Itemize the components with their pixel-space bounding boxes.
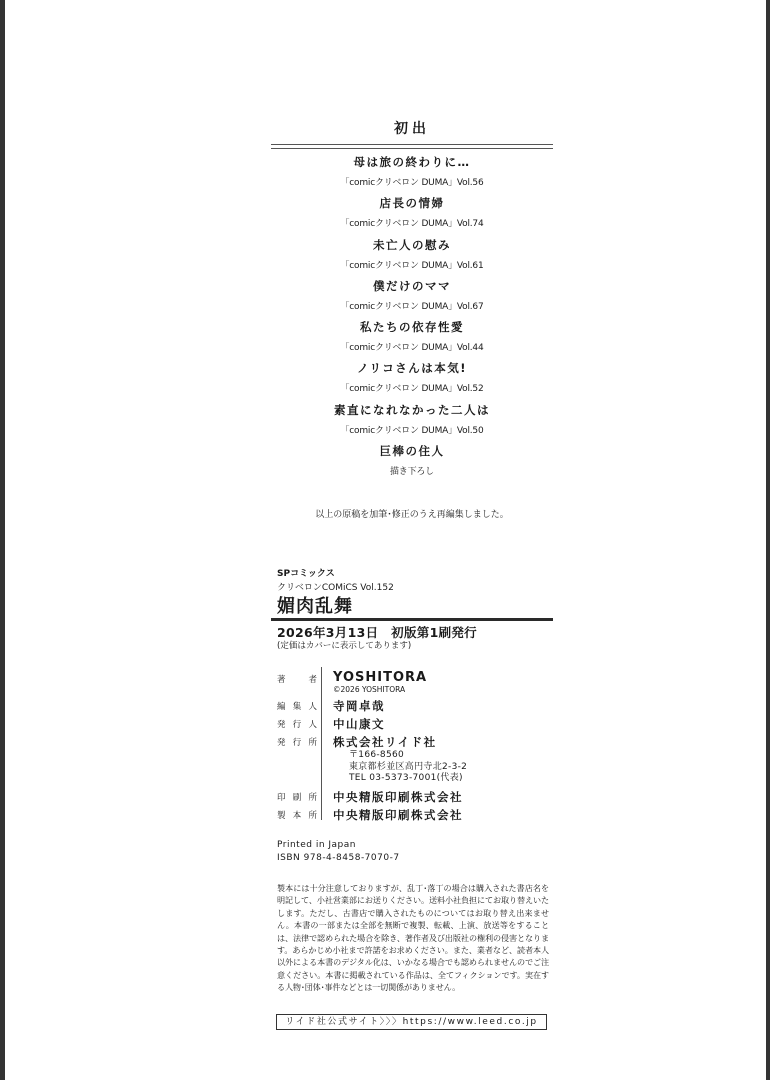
editor-name: 寺岡卓哉: [333, 698, 385, 714]
isbn: ISBN 978-4-8458-7070-7: [277, 852, 400, 865]
work-item: 素直になれなかった二人は 「comicクリベロン DUMA」Vol.50: [271, 402, 553, 443]
publisher-name: 株式会社リイド社: [333, 734, 437, 750]
work-source: 「comicクリベロン DUMA」Vol.50: [271, 425, 553, 437]
double-rule-divider: [271, 144, 553, 149]
work-source: 「comicクリベロン DUMA」Vol.56: [271, 177, 553, 189]
first-publication-heading: 初出: [271, 118, 553, 138]
credit-label: 著 者: [277, 673, 317, 685]
work-source: 描き下ろし: [271, 466, 553, 478]
publisher-address: 〒166-8560 東京都杉並区高円寺北2-3-2 TEL 03-5373-70…: [349, 750, 467, 785]
credit-label: 印 刷 所: [277, 791, 317, 803]
revision-note: 以上の原稿を加筆･修正のうえ再編集しました。: [241, 507, 583, 520]
work-item: 母は旅の終わりに… 「comicクリベロン DUMA」Vol.56: [271, 154, 553, 195]
binder-name: 中央精版印刷株式会社: [333, 807, 463, 823]
printer-name: 中央精版印刷株式会社: [333, 789, 463, 805]
work-title: 母は旅の終わりに…: [271, 154, 553, 170]
work-title: ノリコさんは本気!: [271, 360, 553, 376]
left-edge-border: [0, 0, 5, 1080]
work-title: 私たちの依存性愛: [271, 319, 553, 335]
right-edge-border: [766, 0, 770, 1080]
postal-code: 〒166-8560: [349, 750, 467, 762]
credit-label: 発 行 所: [277, 736, 317, 748]
work-item: 私たちの依存性愛 「comicクリベロン DUMA」Vol.44: [271, 319, 553, 360]
title-underline: [271, 618, 553, 621]
work-source: 「comicクリベロン DUMA」Vol.67: [271, 301, 553, 313]
work-title: 僕だけのママ: [271, 278, 553, 294]
credit-label: 編 集 人: [277, 700, 317, 712]
work-source: 「comicクリベロン DUMA」Vol.52: [271, 383, 553, 395]
work-title: 巨棒の住人: [271, 443, 553, 459]
work-source: 「comicクリベロン DUMA」Vol.74: [271, 218, 553, 230]
series-name: SPコミックス: [277, 566, 335, 579]
credits-vertical-divider: [321, 667, 322, 820]
print-info: Printed in Japan ISBN 978-4-8458-7070-7: [277, 839, 400, 865]
publisher-person-name: 中山康文: [333, 716, 385, 732]
credit-label: 発 行 人: [277, 718, 317, 730]
copyright-line: ©2026 YOSHITORA: [333, 685, 405, 694]
work-item: 巨棒の住人 描き下ろし: [271, 443, 553, 484]
work-source: 「comicクリベロン DUMA」Vol.61: [271, 260, 553, 272]
work-item: ノリコさんは本気! 「comicクリベロン DUMA」Vol.52: [271, 360, 553, 401]
phone-number: TEL 03-5373-7001(代表): [349, 773, 467, 785]
street-address: 東京都杉並区高円寺北2-3-2: [349, 762, 467, 774]
work-item: 未亡人の慰み 「comicクリベロン DUMA」Vol.61: [271, 237, 553, 278]
author-name: YOSHITORA: [333, 670, 427, 685]
work-title: 素直になれなかった二人は: [271, 402, 553, 418]
work-title: 店長の情婦: [271, 195, 553, 211]
official-site-link[interactable]: リイド社公式サイト〉〉〉https://www.leed.co.jp: [276, 1014, 547, 1030]
price-note: (定価はカバーに表示してあります): [277, 639, 411, 651]
legal-disclaimer: 製本には十分注意しておりますが、乱丁･落丁の場合は購入された書店名を明記して、小…: [277, 882, 549, 994]
printed-in: Printed in Japan: [277, 839, 400, 852]
work-source: 「comicクリベロン DUMA」Vol.44: [271, 342, 553, 354]
first-publication-list: 母は旅の終わりに… 「comicクリベロン DUMA」Vol.56 店長の情婦 …: [271, 154, 553, 484]
work-item: 僕だけのママ 「comicクリベロン DUMA」Vol.67: [271, 278, 553, 319]
book-title: 媚肉乱舞: [277, 592, 353, 618]
work-title: 未亡人の慰み: [271, 237, 553, 253]
work-item: 店長の情婦 「comicクリベロン DUMA」Vol.74: [271, 195, 553, 236]
credit-label: 製 本 所: [277, 809, 317, 821]
